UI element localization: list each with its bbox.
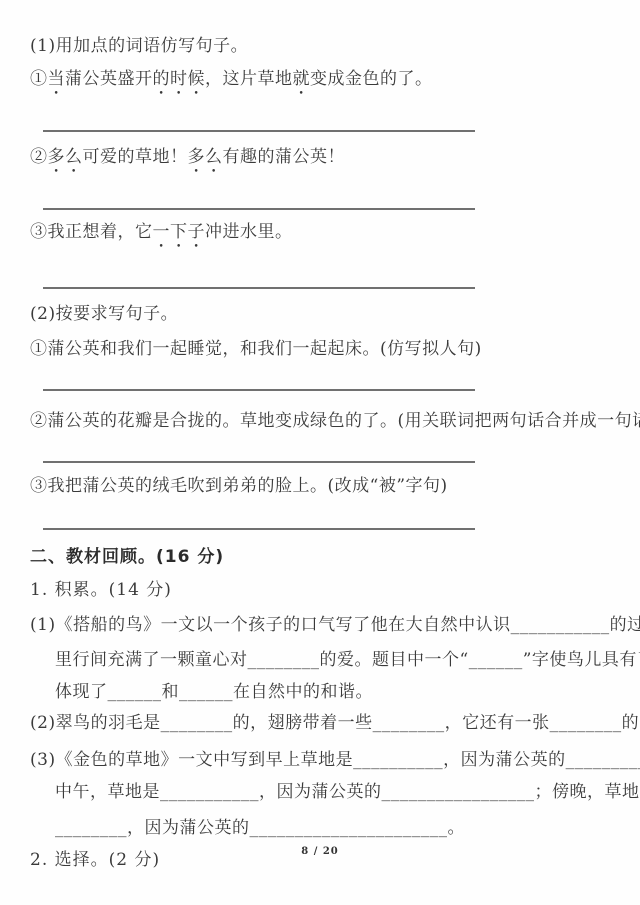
answer-blank-line <box>43 389 475 391</box>
sentence-1-1-seg: 变成金色的了。 <box>310 69 433 89</box>
emphasized-word: 多么 <box>48 147 83 167</box>
fill-blank-p1-line1: (1)《搭船的鸟》一文以一个孩子的口气写了他在大自然中认识___________… <box>30 615 614 635</box>
sentence-1-2-seg: 可爱的草地！ <box>83 147 188 167</box>
emphasized-word: 多么 <box>188 147 223 167</box>
question-2-heading: (2)按要求写句子。 <box>30 304 614 324</box>
sentence-2-1: ①蒲公英和我们一起睡觉，和我们一起起床。(仿写拟人句) <box>30 339 614 359</box>
sentence-2-2: ②蒲公英的花瓣是合拢的。草地变成绿色的了。(用关联词把两句话合并成一句话) <box>30 411 614 431</box>
emphasized-word: 一下子 <box>153 222 206 242</box>
answer-blank-line <box>43 528 475 530</box>
sentence-2-3: ③我把蒲公英的绒毛吹到弟弟的脸上。(改成“被”字句) <box>30 476 614 496</box>
sentence-1-2: ②多么可爱的草地！多么有趣的蒲公英！ <box>30 147 614 177</box>
sentence-1-3-seg: ③我正想着，它 <box>30 222 153 242</box>
sentence-1-1-seg: 蒲公英盛开 <box>65 69 153 89</box>
answer-blank-line <box>43 130 475 132</box>
sentence-1-1-seg: ① <box>30 69 48 89</box>
sentence-1-1: ①当蒲公英盛开的时候，这片草地就变成金色的了。 <box>30 69 614 99</box>
sentence-1-2-seg: ② <box>30 147 48 167</box>
fill-blank-p3-line3: ________，因为蒲公英的______________________。 <box>55 818 614 838</box>
question-1-heading: (1)用加点的词语仿写句子。 <box>30 36 614 56</box>
fill-blank-p2: (2)翠鸟的羽毛是________的，翅膀带着一些________，它还有一张_… <box>30 713 614 733</box>
page-number-indicator: 8 / 20 <box>0 846 640 857</box>
fill-blank-p3-line1: (3)《金色的草地》一文中写到早上草地是__________，因为蒲公英的___… <box>30 750 614 770</box>
emphasized-word: 当 <box>48 69 66 89</box>
section-2-heading: 二、教材回顾。(16 分) <box>30 547 614 567</box>
sentence-1-1-seg: ，这片草地 <box>205 69 293 89</box>
answer-blank-line <box>43 461 475 463</box>
emphasized-word: 的时候 <box>153 69 206 89</box>
answer-blank-line <box>43 287 475 289</box>
emphasized-word: 就 <box>293 69 311 89</box>
section-2-q1-heading: 1. 积累。(14 分) <box>30 580 614 600</box>
answer-blank-line <box>43 208 475 210</box>
fill-blank-p3-line2: 中午，草地是___________，因为蒲公英的________________… <box>55 782 614 802</box>
fill-blank-p1-line3: 体现了______和______在自然中的和谐。 <box>55 682 614 702</box>
exam-worksheet-page: (1)用加点的词语仿写句子。 ①当蒲公英盛开的时候，这片草地就变成金色的了。 ②… <box>0 0 640 905</box>
fill-blank-p1-line2: 里行间充满了一颗童心对________的爱。题目中一个“______”字使鸟儿具… <box>55 650 614 670</box>
sentence-1-3: ③我正想着，它一下子冲进水里。 <box>30 222 614 252</box>
sentence-1-2-seg: 有趣的蒲公英！ <box>223 147 346 167</box>
page-content: (1)用加点的词语仿写句子。 ①当蒲公英盛开的时候，这片草地就变成金色的了。 ②… <box>0 0 640 870</box>
sentence-1-3-seg: 冲进水里。 <box>205 222 293 242</box>
